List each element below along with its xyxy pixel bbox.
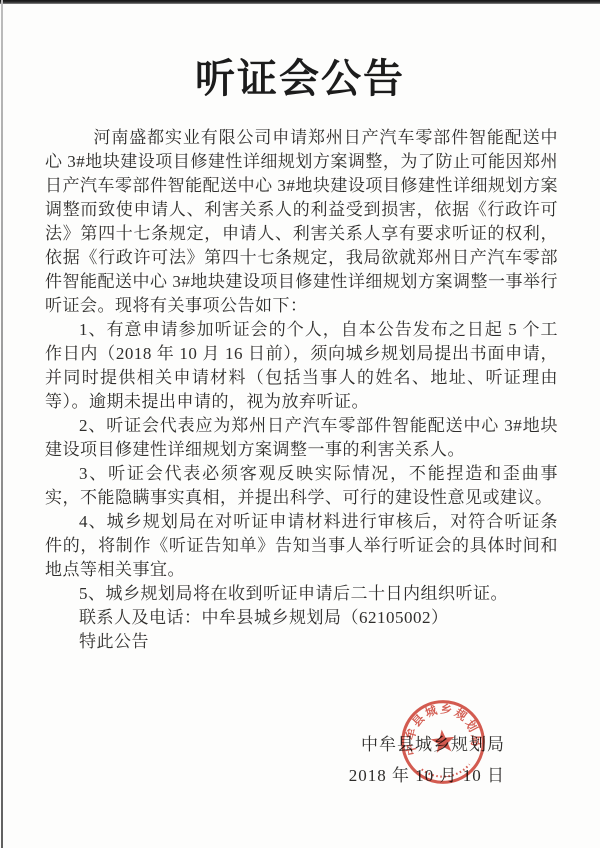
paragraph-item-4: 4、城乡规划局在对听证申请材料进行审核后，对符合听证条件的，将制作《听证告知单》… — [45, 510, 558, 582]
paragraph-intro: 河南盛都实业有限公司申请郑州日产汽车零部件智能配送中心 3#地块建设项目修建性详… — [45, 126, 558, 318]
paragraph-item-2: 2、听证会代表应为郑州日产汽车零部件智能配送中心 3#地块建设项目修建性详细规划… — [45, 414, 558, 462]
paragraph-item-1: 1、有意申请参加听证会的个人，自本公告发布之日起 5 个工作日内（2018 年 … — [45, 318, 558, 414]
page-title: 听证会公告 — [0, 56, 600, 102]
announcement-body: 河南盛都实业有限公司申请郑州日产汽车零部件智能配送中心 3#地块建设项目修建性详… — [45, 126, 558, 654]
paragraph-item-5: 5、城乡规划局将在收到听证申请后二十日内组织听证。 — [45, 582, 558, 606]
paragraph-closing: 特此公告 — [45, 630, 558, 654]
announcement-page: 听证会公告 河南盛都实业有限公司申请郑州日产汽车零部件智能配送中心 3#地块建设… — [0, 0, 600, 848]
official-seal: 中牟县城乡规划局 — [390, 689, 496, 795]
seal-star-icon — [430, 728, 456, 753]
paragraph-item-3: 3、听证会代表必须客观反映实际情况，不能捏造和歪曲事实，不能隐瞒事实真相，并提出… — [45, 462, 558, 510]
paragraph-contact: 联系人及电话：中牟县城乡规划局（62105002） — [45, 606, 558, 630]
scan-edge-left — [1, 0, 3, 848]
scan-edge-top — [0, 0, 600, 4]
